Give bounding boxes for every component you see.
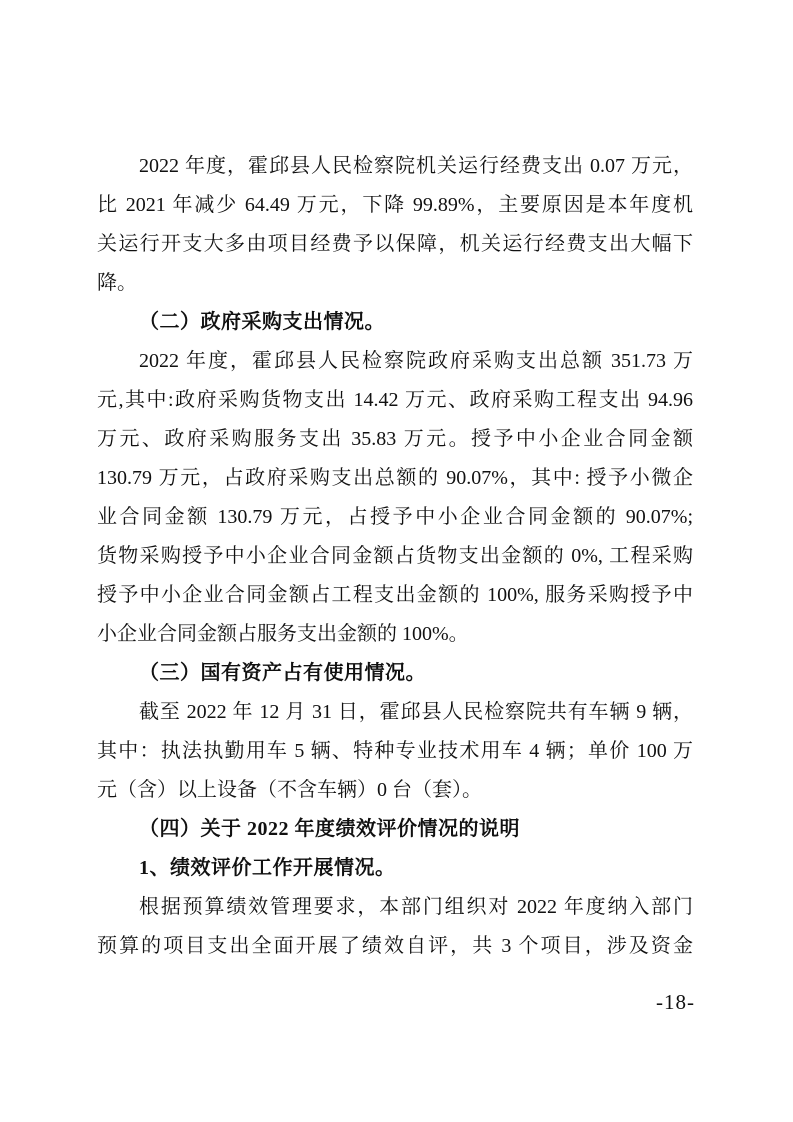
text-line: 2022 年度，霍邱县人民检察院机关运行经费支出 0.07 万元， — [97, 147, 693, 186]
text-line: 授予中小企业合同金额占工程支出金额的 100%, 服务采购授予中 — [97, 576, 693, 615]
document-body: 2022 年度，霍邱县人民检察院机关运行经费支出 0.07 万元， 比 2021… — [97, 147, 693, 966]
document-page: 2022 年度，霍邱县人民检察院机关运行经费支出 0.07 万元， 比 2021… — [0, 0, 793, 1122]
text-line: 元,其中:政府采购货物支出 14.42 万元、政府采购工程支出 94.96 — [97, 381, 693, 420]
section-heading-performance-evaluation: （四）关于 2022 年度绩效评价情况的说明 — [97, 810, 693, 849]
text-line: 预算的项目支出全面开展了绩效自评，共 3 个项目，涉及资金 — [97, 927, 693, 966]
text-line: 130.79 万元，占政府采购支出总额的 90.07%，其中: 授予小微企 — [97, 459, 693, 498]
text-line: 货物采购授予中小企业合同金额占货物支出金额的 0%, 工程采购 — [97, 537, 693, 576]
subsection-heading-performance-evaluation-work: 1、绩效评价工作开展情况。 — [97, 849, 693, 888]
paragraph-government-procurement: 2022 年度，霍邱县人民检察院政府采购支出总额 351.73 万 元,其中:政… — [97, 342, 693, 654]
text-line: 其中：执法执勤用车 5 辆、特种专业技术用车 4 辆；单价 100 万 — [97, 732, 693, 771]
paragraph-state-owned-assets: 截至 2022 年 12 月 31 日，霍邱县人民检察院共有车辆 9 辆， 其中… — [97, 693, 693, 810]
text-line: 万元、政府采购服务支出 35.83 万元。授予中小企业合同金额 — [97, 420, 693, 459]
paragraph-agency-operating-expense: 2022 年度，霍邱县人民检察院机关运行经费支出 0.07 万元， 比 2021… — [97, 147, 693, 303]
text-line: 小企业合同金额占服务支出金额的 100%。 — [97, 615, 693, 654]
section-heading-state-owned-assets: （三）国有资产占有使用情况。 — [97, 654, 693, 693]
text-line: 比 2021 年减少 64.49 万元，下降 99.89%，主要原因是本年度机 — [97, 186, 693, 225]
text-line: 元（含）以上设备（不含车辆）0 台（套）。 — [97, 771, 693, 810]
heading-line: （四）关于 2022 年度绩效评价情况的说明 — [97, 810, 693, 849]
text-line: 根据预算绩效管理要求，本部门组织对 2022 年度纳入部门 — [97, 888, 693, 927]
text-line: 降。 — [97, 264, 693, 303]
text-line: 关运行开支大多由项目经费予以保障，机关运行经费支出大幅下 — [97, 225, 693, 264]
section-heading-government-procurement: （二）政府采购支出情况。 — [97, 303, 693, 342]
subheading-line: 1、绩效评价工作开展情况。 — [97, 849, 693, 888]
page-number: -18- — [656, 991, 695, 1014]
text-line: 业合同金额 130.79 万元，占授予中小企业合同金额的 90.07%; — [97, 498, 693, 537]
heading-line: （二）政府采购支出情况。 — [97, 303, 693, 342]
paragraph-performance-self-evaluation: 根据预算绩效管理要求，本部门组织对 2022 年度纳入部门 预算的项目支出全面开… — [97, 888, 693, 966]
text-line: 截至 2022 年 12 月 31 日，霍邱县人民检察院共有车辆 9 辆， — [97, 693, 693, 732]
text-line: 2022 年度，霍邱县人民检察院政府采购支出总额 351.73 万 — [97, 342, 693, 381]
heading-line: （三）国有资产占有使用情况。 — [97, 654, 693, 693]
